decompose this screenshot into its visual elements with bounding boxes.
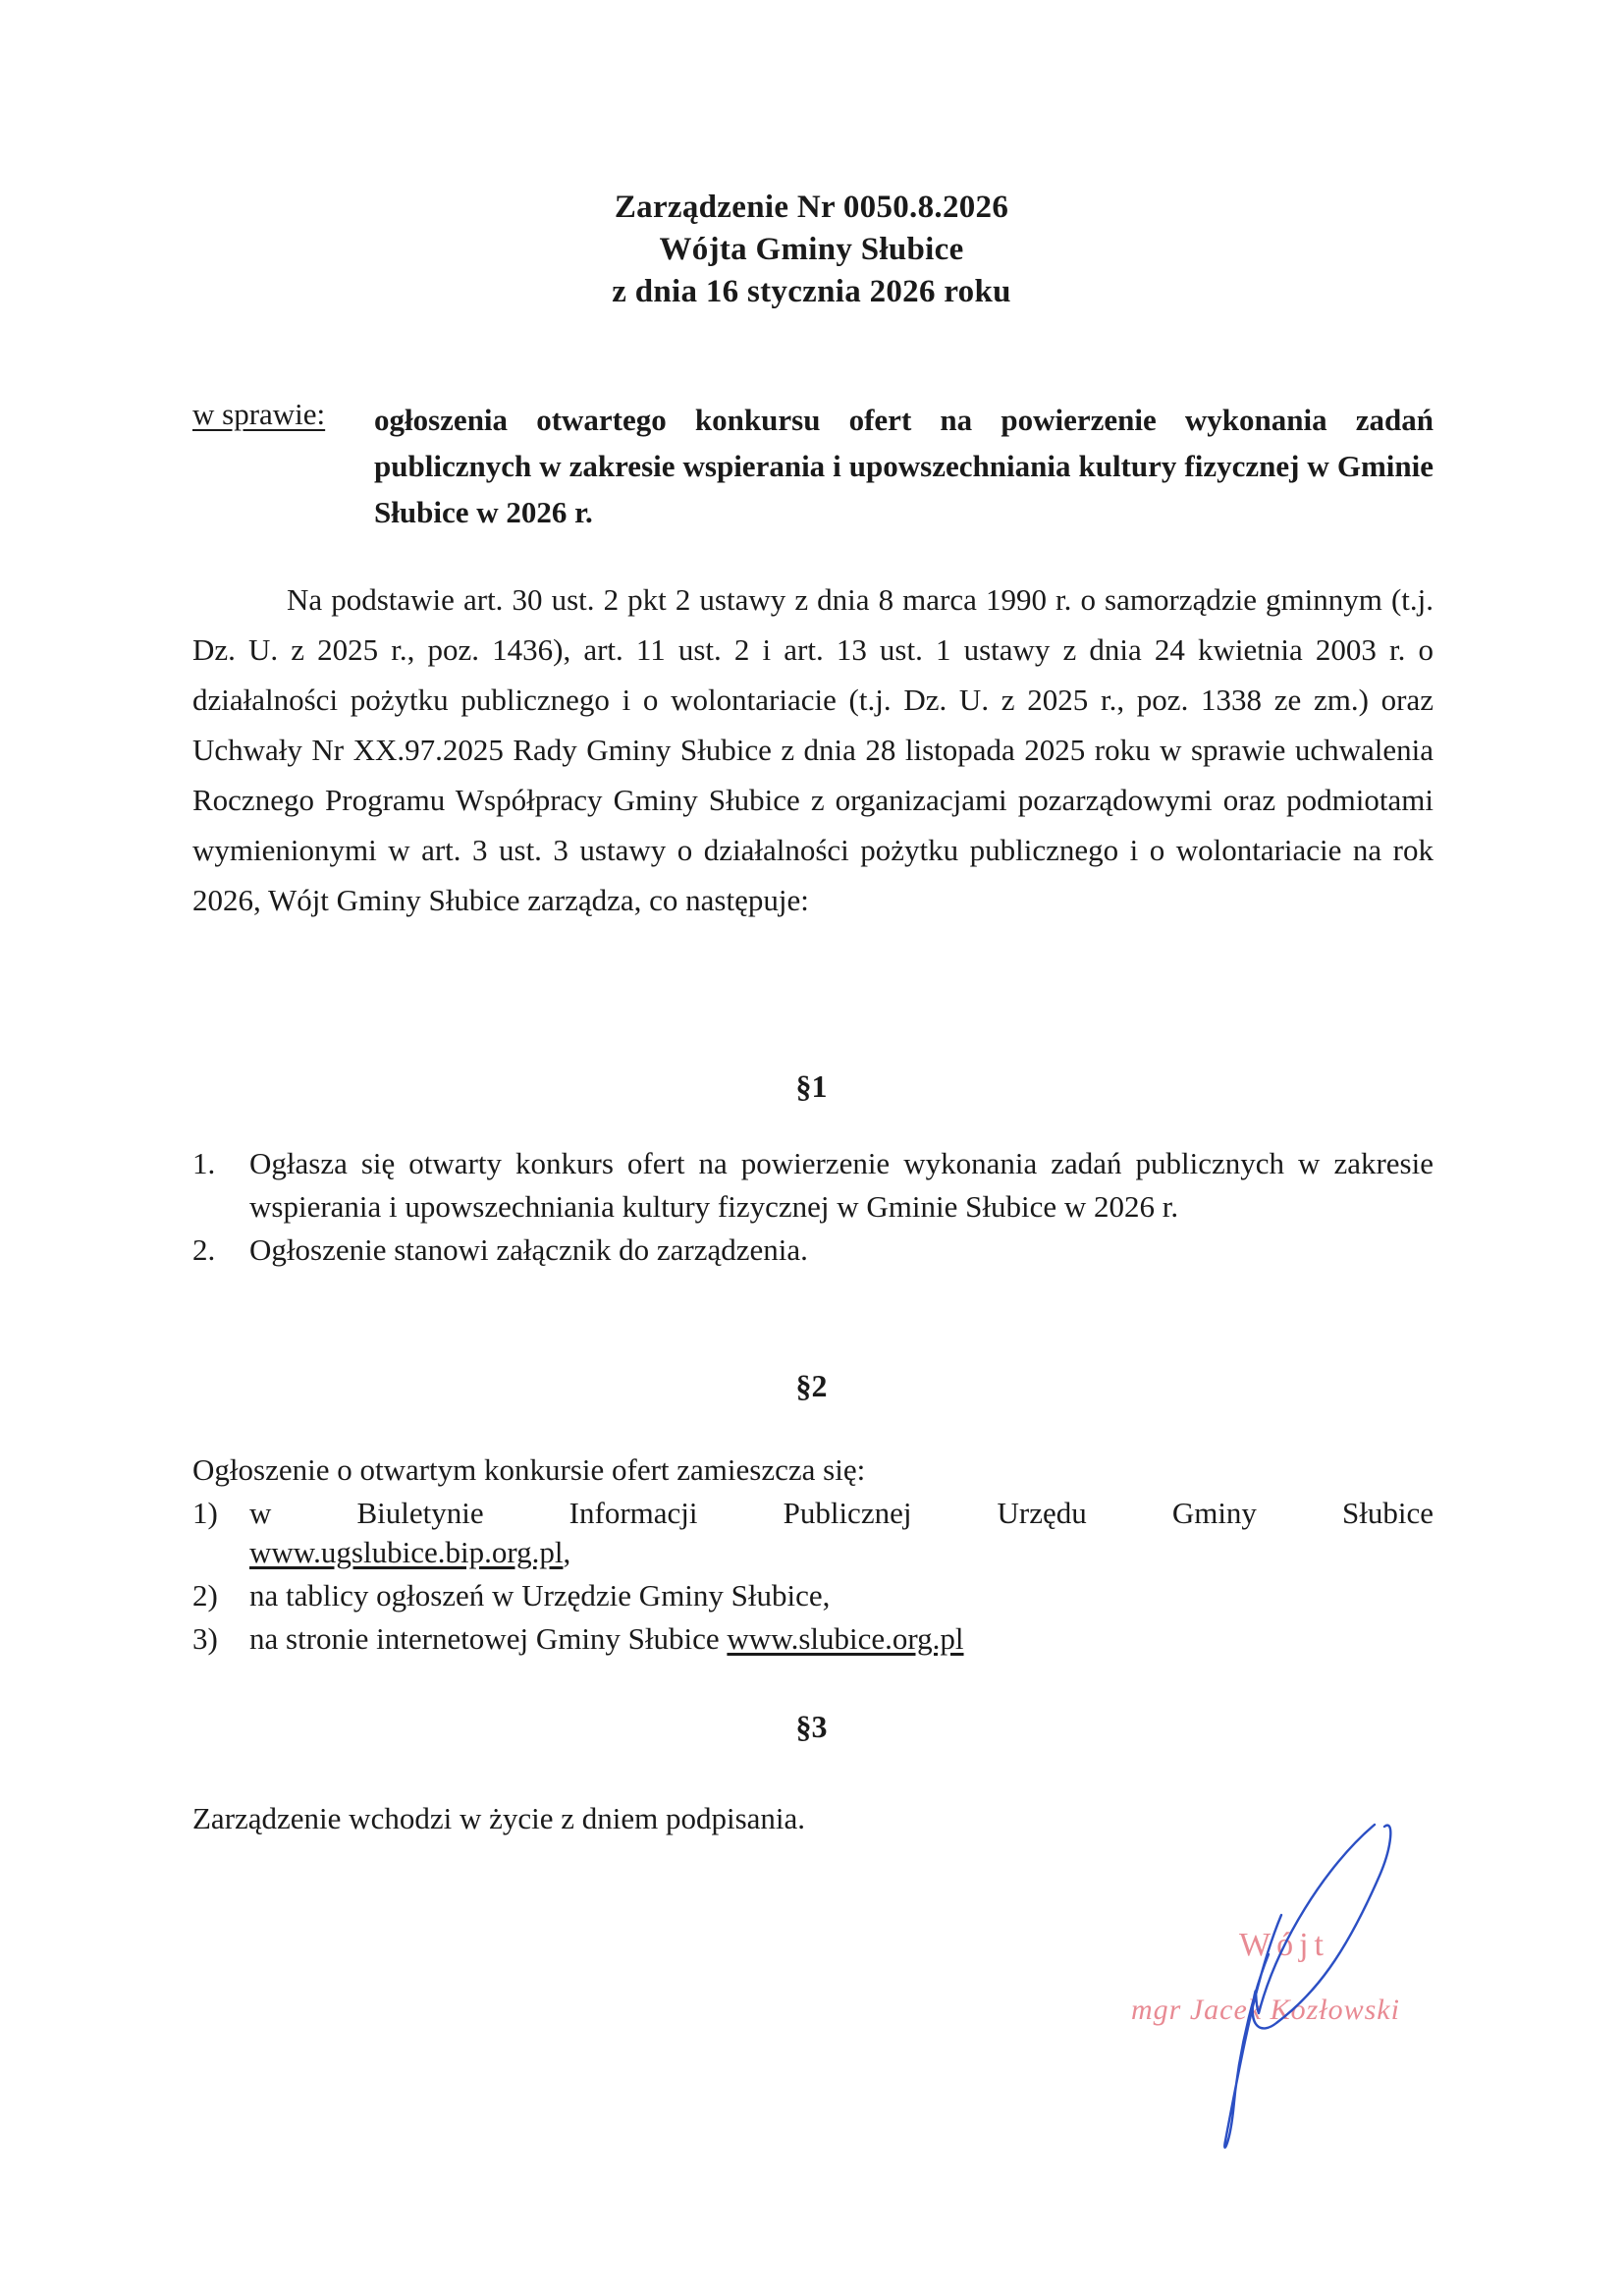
list-item-text: Ogłasza się otwarty konkurs ofert na pow… (249, 1146, 1434, 1224)
document-page: Zarządzenie Nr 0050.8.2026 Wójta Gminy S… (0, 0, 1623, 2296)
section-2-intro: Ogłoszenie o otwartym konkursie ofert za… (192, 1449, 865, 1492)
section-3-heading: §3 (0, 1709, 1623, 1745)
list-item-number: 2. (192, 1229, 215, 1272)
list-item: 1. Ogłasza się otwarty konkurs ofert na … (192, 1142, 1434, 1229)
list-item-text: na stronie internetowej Gminy Słubice (249, 1621, 727, 1656)
list-item: 3) na stronie internetowej Gminy Słubice… (192, 1617, 1434, 1661)
list-item-text: Ogłoszenie stanowi załącznik do zarządze… (249, 1232, 808, 1267)
list-item-number: 1. (192, 1142, 215, 1185)
section-1-heading: §1 (0, 1068, 1623, 1105)
list-item-number: 2) (192, 1574, 218, 1617)
website-link[interactable]: www.slubice.org.pl (727, 1621, 963, 1656)
list-item-continuation: www.ugslubice.bip.org.pl, (192, 1531, 1434, 1574)
section-2-list: 1) w Biuletynie Informacji Publicznej Ur… (192, 1492, 1434, 1661)
section-1-list: 1. Ogłasza się otwarty konkurs ofert na … (192, 1142, 1434, 1272)
bip-link[interactable]: www.ugslubice.bip.org.pl (249, 1535, 563, 1569)
list-item-text: w Biuletynie Informacji Publicznej Urzęd… (249, 1496, 1434, 1530)
legal-basis-paragraph: Na podstawie art. 30 ust. 2 pkt 2 ustawy… (192, 574, 1434, 925)
ordinance-number: Zarządzenie Nr 0050.8.2026 (0, 187, 1623, 229)
handwritten-signature-icon (1080, 1807, 1473, 2200)
list-item: 1) w Biuletynie Informacji Publicznej Ur… (192, 1492, 1434, 1535)
list-item-text: na tablicy ogłoszeń w Urzędzie Gminy Słu… (249, 1578, 830, 1613)
issue-date: z dnia 16 stycznia 2026 roku (0, 271, 1623, 313)
document-header: Zarządzenie Nr 0050.8.2026 Wójta Gminy S… (0, 187, 1623, 313)
list-item: 2) na tablicy ogłoszeń w Urzędzie Gminy … (192, 1574, 1434, 1617)
subject-label: w sprawie: (192, 397, 325, 432)
list-item-number: 3) (192, 1617, 218, 1661)
section-3-text: Zarządzenie wchodzi w życie z dniem podp… (192, 1797, 805, 1840)
issuing-authority: Wójta Gminy Słubice (0, 229, 1623, 271)
subject-text: ogłoszenia otwartego konkursu ofert na p… (374, 397, 1434, 535)
section-2-heading: §2 (0, 1368, 1623, 1404)
list-item-number: 1) (192, 1492, 218, 1535)
list-item: 2. Ogłoszenie stanowi załącznik do zarzą… (192, 1229, 1434, 1272)
list-item-punctuation: , (563, 1535, 570, 1569)
